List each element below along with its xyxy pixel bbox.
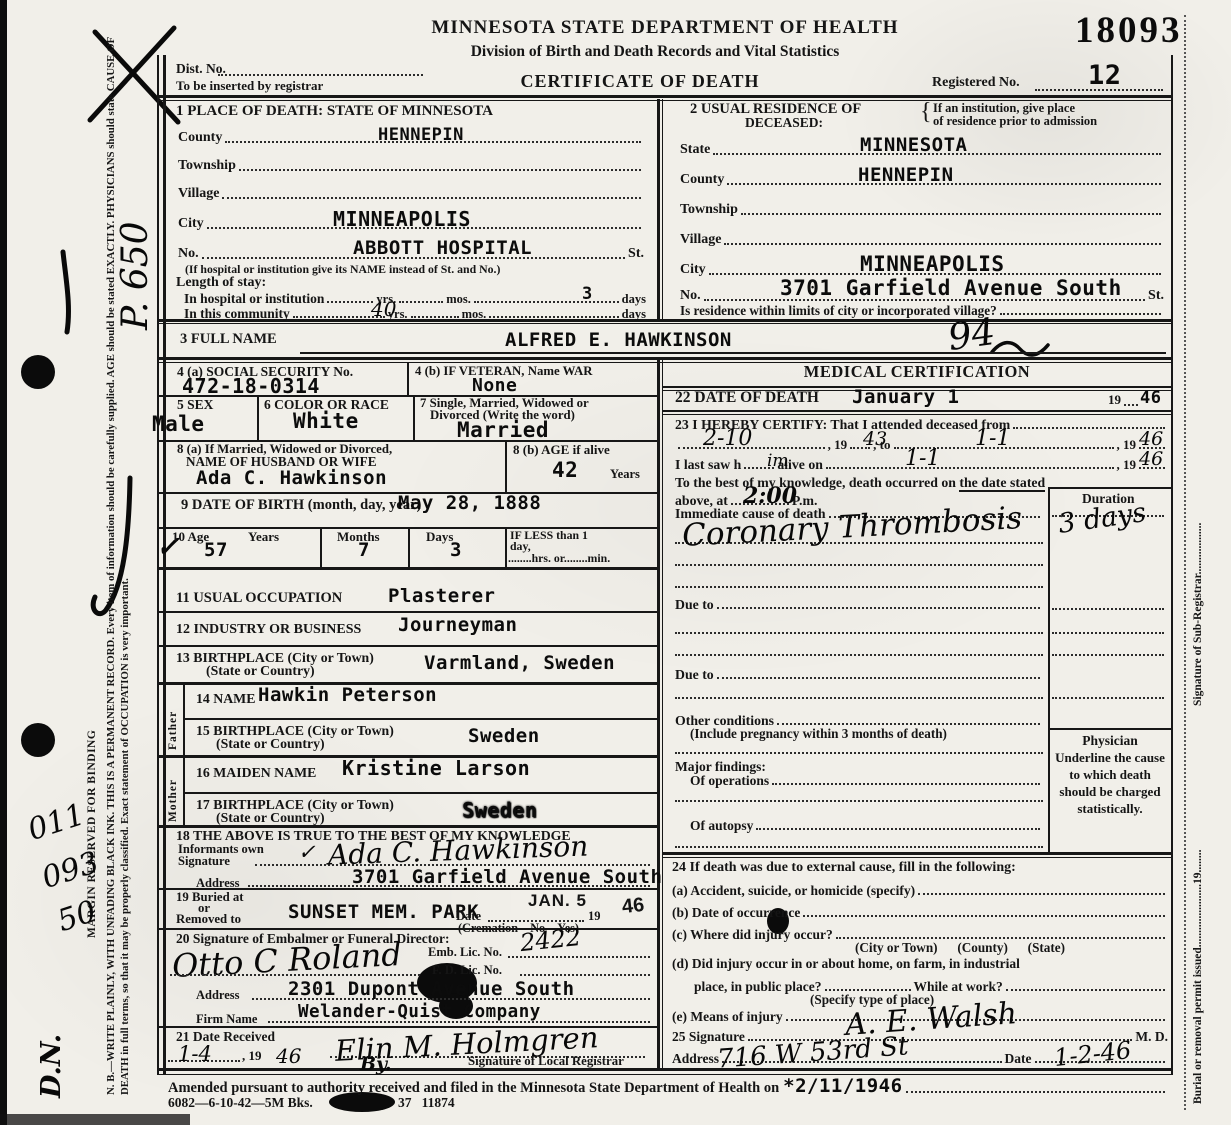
form-border-left-outer [157, 55, 159, 1075]
stay-hospital-label: In hospital or institution [184, 292, 324, 306]
dob-value: May 28, 1888 [398, 494, 541, 513]
date-of-death-value: January 1 [852, 388, 959, 407]
means-of-injury-label: (e) Means of injury [672, 1010, 783, 1024]
dotted-line [1052, 697, 1164, 699]
rule [662, 414, 1172, 415]
rule [159, 323, 1172, 324]
mos-label: mos. [462, 308, 487, 321]
length-of-stay-label: Length of stay: [176, 276, 266, 291]
external-a-row: (a) Accident, suicide, or homicide (spec… [672, 882, 1168, 898]
mother-birthplace-label-2: (State or Country) [216, 811, 325, 825]
dotted-line [411, 316, 459, 318]
mother-name-label: 16 MAIDEN NAME [196, 766, 316, 780]
physician-date-label: Date [1005, 1052, 1032, 1066]
dotted-line [1006, 989, 1165, 991]
firm-name-label: Firm Name [196, 1013, 257, 1026]
rule [183, 718, 659, 720]
dotted-line [1052, 654, 1164, 656]
county-value: HENNEPIN [378, 127, 464, 144]
dotted-line [741, 213, 1161, 215]
rule [159, 928, 659, 930]
dotted-line [717, 677, 1040, 679]
dotted-line [222, 197, 641, 199]
age-years-value: 57 [204, 541, 228, 560]
rule [159, 357, 1172, 360]
dotted-line [772, 783, 1040, 785]
margin-burial-permit: Burial or removal permit issued.........… [1192, 850, 1204, 1104]
street-no-row: No. St. ABBOTT HOSPITAL [178, 238, 644, 262]
dotted-line [1124, 404, 1138, 406]
attended-to-value: 1-1 [975, 428, 1010, 450]
sex-label: 5 SEX [177, 398, 213, 412]
res-street-value: 3701 Garfield Avenue South [780, 278, 1122, 299]
embalmer-address-label: Address [196, 989, 240, 1002]
mother-side-label: Mother [167, 779, 179, 822]
marital-value: Married [457, 420, 549, 441]
external-cause-title: 24 If death was due to external cause, f… [672, 861, 1016, 876]
registered-no-label: Registered No. [932, 76, 1020, 91]
margin-nb-note: N. B.—WRITE PLAINLY, WITH UNFADING BLACK… [104, 25, 132, 1095]
stay-community-row: In this community yrs. mos. days 40 [184, 305, 646, 321]
dotted-line [489, 316, 618, 318]
rule [662, 857, 1172, 858]
mother-name-value: Kristine Larson [342, 758, 530, 778]
scan-edge-left [0, 0, 7, 1125]
dotted-line [675, 654, 1043, 656]
firm-name-value: Welander-Quist Company [298, 1004, 541, 1022]
death-certificate-scan: N. B.—WRITE PLAINLY, WITH UNFADING BLACK… [0, 0, 1231, 1125]
cell-divider [413, 395, 415, 440]
cemetery-value: SUNSET MEM. PARK [288, 903, 479, 922]
cell-divider [505, 440, 507, 492]
spouse-value: Ada C. Hawkinson [196, 469, 387, 488]
res-city-label: City [680, 263, 706, 278]
due-to-row-2: Due to [675, 666, 1043, 682]
column-divider [662, 99, 663, 320]
days-label: days [622, 308, 646, 321]
dist-no-note: To be inserted by registrar [176, 79, 323, 93]
column-divider [657, 358, 660, 1070]
less-than-day-3: ........hrs. or........min. [508, 552, 610, 564]
date-stated-underlined: the date stated [959, 475, 1045, 492]
due-to-row-1: Due to [675, 596, 1043, 612]
age-if-alive-value: 42 [552, 460, 578, 481]
physician-address-label: Address [672, 1052, 719, 1066]
age-if-alive-label: 8 (b) AGE if alive [513, 443, 610, 457]
handwritten-annotation-94: 94 [946, 313, 998, 356]
physician-signature-label: 25 Signature [672, 1030, 745, 1044]
physician-box-rule [1048, 728, 1172, 730]
date-of-death-year-value: 46 [1140, 390, 1161, 407]
dotted-line [724, 243, 1161, 245]
res-street-row: No. St. 3701 Garfield Avenue South [680, 280, 1164, 304]
res-street-suffix: St. [1148, 289, 1164, 304]
hospital-note: (If hospital or institution give its NAM… [185, 263, 500, 275]
scan-edge-bottom [0, 1114, 190, 1125]
due-to-label-2: Due to [675, 668, 714, 682]
city-value: MINNEAPOLIS [333, 209, 471, 229]
physician-box-title: Physician [1050, 734, 1170, 748]
dotted-line [803, 915, 1165, 917]
physician-address-row: Address Date 716 W 53rd St 1-2-46 [672, 1050, 1168, 1066]
dotted-line [520, 974, 650, 976]
rule [159, 1074, 1172, 1076]
physician-date-value: 1-2-46 [1053, 1038, 1132, 1070]
stay-hospital-days-value: 3 [582, 286, 593, 303]
informant-address-value: 3701 Garfield Avenue South [352, 868, 662, 887]
date-received-value: 1-4 [178, 1044, 212, 1065]
hole-punch-top [21, 355, 55, 389]
serial-number-stamp: 18093 [1075, 12, 1183, 49]
amended-date: *2/11/1946 [783, 1077, 902, 1096]
emb-lic-label: Emb. Lic. No. [428, 946, 502, 959]
res-village-row: Village [680, 226, 1164, 248]
res-village-label: Village [680, 233, 721, 248]
year-printed: , 19 [828, 438, 848, 452]
last-saw-him: im [767, 453, 789, 470]
brace-glyph: { [920, 100, 932, 125]
form-code: 6082—6-10-42—5M Bks. [168, 1096, 313, 1110]
res-county-value: HENNEPIN [858, 166, 954, 185]
industry-value: Journeyman [398, 616, 517, 635]
burial-date-stamp: JAN. 5 [528, 891, 587, 911]
street-suffix: St. [628, 247, 644, 262]
stay-community-label: In this community [184, 307, 290, 321]
attended-from-year: 43 [863, 430, 887, 449]
dotted-line [675, 564, 1043, 566]
mother-birthplace-value: Sweden [462, 800, 537, 820]
dob-label: 9 DATE OF BIRTH (month, day, year) [181, 498, 421, 513]
rule [159, 1068, 1172, 1071]
certificate-title: CERTIFICATE OF DEATH [430, 72, 850, 91]
date-received-year-printed: , 19 [242, 1049, 262, 1063]
form-code-2: 37 11874 [398, 1096, 455, 1110]
autopsy-row: Of autopsy [690, 817, 1043, 833]
external-b-row: (b) Date of occurrence [672, 904, 1168, 920]
years-unit-label: Years [610, 468, 640, 481]
md-label: M. D. [1135, 1030, 1168, 1044]
dotted-line [675, 586, 1043, 588]
city-label: City [178, 217, 204, 232]
parent-label-divider [183, 682, 185, 825]
external-a-label: (a) Accident, suicide, or homicide (spec… [672, 884, 915, 898]
rule [662, 410, 1172, 412]
residence-title-2: DECEASED: [745, 116, 823, 130]
dotted-line [327, 301, 373, 303]
informant-address-label: Address [196, 877, 240, 890]
fd-lic-label: F. D. Lic. No. [432, 964, 502, 977]
township-row: Township [178, 152, 644, 174]
registrar-sig-label: Signature of Local Registrar [468, 1055, 624, 1068]
amended-text: Amended pursuant to authority received a… [168, 1081, 779, 1096]
operations-row: Of operations [690, 772, 1043, 788]
dotted-line [675, 752, 1043, 754]
industry-label: 12 INDUSTRY OR BUSINESS [176, 623, 361, 638]
handwritten-code-1: 011 [25, 800, 89, 846]
dotted-line [906, 1091, 1165, 1093]
emb-lic-value: 2422 [519, 925, 582, 955]
hole-punch-bottom [21, 723, 55, 757]
due-to-label-1: Due to [675, 598, 714, 612]
township-label: Township [178, 159, 236, 174]
occupation-value: Plasterer [388, 587, 495, 606]
cell-divider [505, 527, 507, 568]
dotted-line [399, 301, 443, 303]
death-occurred-text: To the best of my knowledge, death occur… [675, 475, 959, 490]
name-underline [300, 352, 1166, 354]
dotted-line [1000, 313, 1161, 315]
institution-note-2: of residence prior to admission [933, 115, 1097, 128]
rule [159, 645, 659, 647]
veteran-value: None [472, 377, 517, 395]
certify-line-3: I last saw h alive on , 19 im 1-1 46 [675, 456, 1168, 472]
age-months-value: 7 [358, 541, 370, 560]
date-of-death-label: 22 DATE OF DEATH [675, 390, 819, 406]
dotted-line [239, 169, 641, 171]
father-birthplace-value: Sweden [468, 727, 540, 746]
res-county-row: County HENNEPIN [680, 166, 1164, 188]
occupation-label: 11 USUAL OCCUPATION [176, 591, 342, 606]
father-name-label: 14 NAME [196, 692, 255, 706]
dotted-line [474, 301, 619, 303]
year-printed: , 19 [1117, 438, 1137, 452]
city-row: City MINNEAPOLIS [178, 210, 644, 232]
embalmer-address-value: 2301 Dupont Avenue South [288, 980, 575, 999]
last-saw-date: 1-1 [905, 448, 940, 470]
cell-divider [408, 527, 410, 568]
year-printed: , 19 [1117, 458, 1137, 472]
time-of-death-value: 2:00 [743, 485, 797, 507]
dotted-line [756, 828, 1040, 830]
dotted-line [170, 974, 420, 976]
buried-label-3: Removed to [176, 913, 241, 926]
dotted-line [826, 467, 1114, 469]
dotted-line [675, 632, 1043, 634]
column-divider [662, 358, 663, 1070]
informant-sig-label-2: Signature [178, 855, 230, 868]
external-c-note: (City or Town) (County) (State) [855, 941, 1065, 955]
handwritten-dn: D.N. [38, 1034, 65, 1098]
father-side-label: Father [167, 711, 179, 750]
dotted-line [1052, 632, 1164, 634]
division-subtitle: Division of Birth and Death Records and … [400, 44, 910, 60]
birthplace-value: Varmland, Sweden [424, 654, 615, 673]
res-city-row: City MINNEAPOLIS [680, 256, 1164, 278]
birthplace-label-2: (State or Country) [206, 664, 315, 678]
rule [159, 95, 1172, 98]
dotted-line [825, 989, 911, 991]
cause-duration-value: 3 days [1057, 499, 1148, 538]
res-state-row: State MINNESOTA [680, 136, 1164, 158]
attended-to-year: 46 [1139, 430, 1163, 449]
last-saw-year: 46 [1139, 450, 1163, 469]
registrar-by: By. [360, 1055, 392, 1074]
handwritten-page-number: P. 650 [118, 221, 154, 330]
department-title: MINNESOTA STATE DEPARTMENT OF HEALTH [400, 18, 930, 38]
cell-divider [407, 362, 409, 395]
father-name-value: Hawkin Peterson [258, 686, 437, 705]
age-years-label: Years [248, 530, 279, 544]
registered-no-value: 12 [1088, 62, 1122, 89]
res-state-value: MINNESOTA [860, 136, 967, 155]
res-city-value: MINNEAPOLIS [860, 254, 1005, 275]
father-birthplace-label-2: (State or Country) [216, 737, 325, 751]
external-d-label-1: (d) Did injury occur in or about home, o… [672, 957, 1020, 971]
rule [183, 792, 659, 794]
autopsy-label: Of autopsy [690, 819, 753, 833]
dotted-line [1052, 608, 1164, 610]
ssn-value: 472-18-0314 [182, 376, 320, 396]
pregnancy-note: (Include pregnancy within 3 months of de… [690, 727, 947, 741]
pen-stroke [63, 252, 68, 332]
date-received-year-value: 46 [276, 1046, 301, 1066]
race-value: White [293, 411, 359, 432]
dotted-line [918, 893, 1165, 895]
hospital-name-value: ABBOTT HOSPITAL [353, 239, 532, 258]
county-label: County [178, 131, 222, 146]
burial-year-printed: 19 [588, 910, 601, 923]
dotted-line [218, 74, 423, 76]
res-street-label: No. [680, 289, 701, 304]
column-divider [657, 99, 660, 320]
cell-divider [257, 395, 259, 440]
sex-value: Male [152, 414, 205, 435]
medical-certification-title: MEDICAL CERTIFICATION [662, 363, 1172, 380]
age-days-value: 3 [450, 541, 462, 560]
full-name-label: 3 FULL NAME [180, 332, 277, 347]
external-c-label: (c) Where did injury occur? [672, 928, 833, 942]
operations-label: Of operations [690, 774, 769, 788]
full-name-value: ALFRED E. HAWKINSON [505, 331, 732, 350]
date-of-death-year-printed: 19 [1108, 393, 1121, 407]
physician-box-note: Underline the cause to which death shoul… [1050, 750, 1170, 818]
dotted-line [777, 723, 1040, 725]
stay-hospital-row: In hospital or institution yrs. mos. day… [184, 290, 646, 306]
external-d-label-2: place, in public place? [694, 980, 822, 994]
form-border-left-inner [163, 55, 166, 1075]
dotted-line [675, 846, 1043, 848]
margin-sub-registrar: Signature of Sub-Registrar..............… [1192, 523, 1204, 706]
res-state-label: State [680, 143, 710, 158]
place-of-death-title: 1 PLACE OF DEATH: STATE OF MINNESOTA [176, 104, 493, 120]
last-saw-text-a: I last saw h [675, 458, 741, 472]
res-township-row: Township [680, 196, 1164, 218]
informant-checkmark: ✓ [298, 842, 316, 863]
res-county-label: County [680, 173, 724, 188]
street-no-label: No. [178, 247, 199, 262]
dotted-line [675, 800, 1043, 802]
dotted-line [717, 607, 1040, 609]
burial-year-stamp: 46 [621, 894, 646, 919]
rule [662, 852, 1172, 855]
county-row: County HENNEPIN [178, 124, 644, 146]
cell-divider [320, 527, 322, 568]
attended-from-value: 2-10 [703, 428, 752, 450]
res-limits-row: Is residence within limits of city or in… [680, 303, 1164, 318]
external-b-label: (b) Date of occurrence [672, 906, 800, 920]
village-label: Village [178, 187, 219, 202]
amended-row: Amended pursuant to authority received a… [168, 1078, 1168, 1096]
dotted-line [836, 937, 1165, 939]
res-township-label: Township [680, 203, 738, 218]
village-row: Village [178, 180, 644, 202]
perforation-line [1184, 15, 1186, 1110]
stay-community-years-value: 40 [371, 299, 396, 319]
dotted-line [675, 697, 1043, 699]
rule [159, 611, 659, 613]
form-border-right [1171, 55, 1173, 1075]
